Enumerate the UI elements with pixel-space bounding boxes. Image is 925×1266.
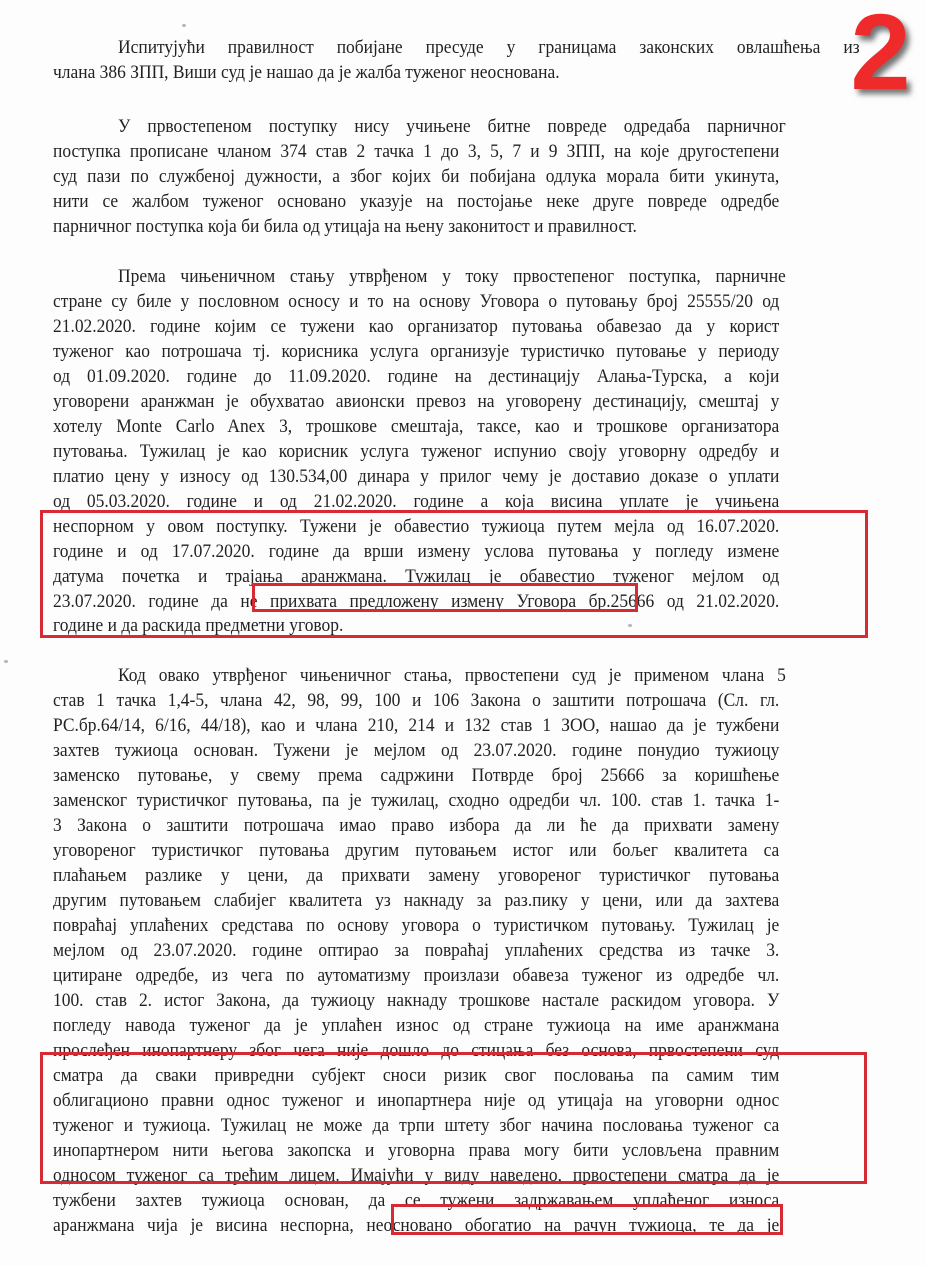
text-line: РС.бр.64/14, 6/16, 44/18), као и члана 2… xyxy=(53,714,779,738)
text-line: 100. став 2. истог Закона, да тужиоцу на… xyxy=(53,989,779,1013)
text-line: поступка прописане чланом 374 став 2 тач… xyxy=(53,140,779,164)
text-line: нити се жалбом туженог основано указује … xyxy=(53,190,779,214)
text-line: уговорени аранжман је обухватао авионски… xyxy=(53,390,779,414)
text-line: парничног поступка која би била од утица… xyxy=(53,215,779,239)
text-line: заменског туристичког путовања, па је ту… xyxy=(53,789,779,813)
text-line: Код овако утврђеног чињеничног стања, пр… xyxy=(118,664,786,688)
text-line: Према чињеничном стању утврђеном у току … xyxy=(118,265,786,289)
text-line: 3 Закона о заштити потрошача имао право … xyxy=(53,814,779,838)
text-line: суд пази по службеној дужности, а због к… xyxy=(53,165,779,189)
scan-speck xyxy=(182,24,186,27)
text-line: повраћај уплаћених средстава по основу у… xyxy=(53,914,779,938)
highlight-box-phrase-2 xyxy=(391,1204,783,1235)
text-line: туженог као потрошача тј. корисника услу… xyxy=(53,340,779,364)
highlight-box-paragraph-1 xyxy=(40,510,868,638)
text-line: 21.02.2020. године којим се тужени као о… xyxy=(53,315,779,339)
text-line: уговореног туристичког путовања другим п… xyxy=(53,839,779,863)
text-line: хотелу Monte Carlo Anex 3, трошкове смеш… xyxy=(53,415,779,439)
text-line: од 01.09.2020. године до 11.09.2020. год… xyxy=(53,365,779,389)
text-line: путовања. Тужилац је као корисник услуга… xyxy=(53,440,779,464)
text-line: став 1 тачка 1,4-5, члана 42, 98, 99, 10… xyxy=(53,689,779,713)
highlight-box-paragraph-2 xyxy=(40,1052,867,1184)
text-line: другим путовањем слабијег квалитета уз н… xyxy=(53,889,779,913)
text-line: погледу навода туженог да је уплаћен изн… xyxy=(53,1014,779,1038)
highlight-box-phrase-1 xyxy=(252,583,638,612)
scan-speck xyxy=(4,660,8,663)
text-line: плаћањем разлике у цени, да прихвати зам… xyxy=(53,864,779,888)
scan-speck xyxy=(628,624,632,627)
text-line: мејлом од 23.07.2020. године оптирао за … xyxy=(53,939,779,963)
text-line: цитиране одредбе, из чега по аутоматизму… xyxy=(53,964,779,988)
text-line: захтев тужиоца основан. Тужени је мејлом… xyxy=(53,739,779,763)
text-line: платио цену у износу од 130.534,00 динар… xyxy=(53,465,779,489)
text-line: Испитујући правилност побијане пресуде у… xyxy=(118,36,860,60)
text-line: стране су биле у пословном осносу и то н… xyxy=(53,290,779,314)
document-page: 2 Испитујући правилност побијане пресуде… xyxy=(0,0,925,1266)
text-line: члана 386 ЗПП, Виши суд је нашао да је ж… xyxy=(53,61,779,85)
text-line: У првостепеном поступку нису учињене бит… xyxy=(118,115,786,139)
text-line: заменско путовање, у свему према садржин… xyxy=(53,764,779,788)
